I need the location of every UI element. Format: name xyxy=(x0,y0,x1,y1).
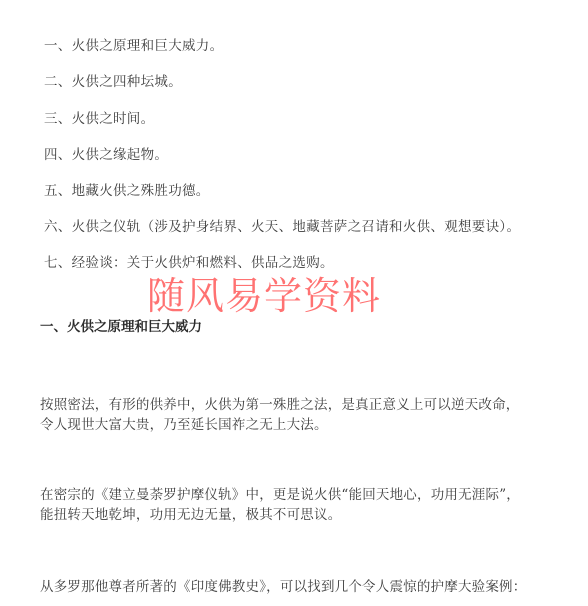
toc-item-2: 二、火供之四种坛城。 xyxy=(44,73,182,91)
paragraph-3: 从多罗那他尊者所著的《印度佛教史》，可以找到几个令人震惊的护摩大验案例： xyxy=(40,577,560,597)
paragraph-2-line-2: 能扭转天地乾坤，功用无边无量，极其不可思议。 xyxy=(40,505,560,525)
section-heading: 一、火供之原理和巨大威力 xyxy=(40,318,202,336)
paragraph-2: 在密宗的《建立曼荼罗护摩仪轨》中，更是说火供“能回天地心，功用无涯际”， 能扭转… xyxy=(40,485,560,525)
paragraph-1-line-2: 令人现世大富大贵，乃至延长国祚之无上大法。 xyxy=(40,415,560,435)
toc-item-3: 三、火供之时间。 xyxy=(44,110,154,128)
paragraph-1: 按照密法，有形的供养中，火供为第一殊胜之法，是真正意义上可以逆天改命， 令人现世… xyxy=(40,395,560,435)
paragraph-1-line-1: 按照密法，有形的供养中，火供为第一殊胜之法，是真正意义上可以逆天改命， xyxy=(40,395,560,415)
paragraph-3-line-1: 从多罗那他尊者所著的《印度佛教史》，可以找到几个令人震惊的护摩大验案例： xyxy=(40,577,560,597)
toc-item-4: 四、火供之缘起物。 xyxy=(44,146,168,164)
document-page: 一、火供之原理和巨大威力。 二、火供之四种坛城。 三、火供之时间。 四、火供之缘… xyxy=(0,0,588,606)
toc-item-5: 五、地藏火供之殊胜功德。 xyxy=(44,182,210,200)
toc-item-1: 一、火供之原理和巨大威力。 xyxy=(44,37,223,55)
toc-item-6: 六、火供之仪轨（涉及护身结界、火天、地藏菩萨之召请和火供、观想要诀）。 xyxy=(44,218,520,236)
paragraph-2-line-1: 在密宗的《建立曼荼罗护摩仪轨》中，更是说火供“能回天地心，功用无涯际”， xyxy=(40,485,560,505)
toc-item-7: 七、经验谈：关于火供炉和燃料、供品之选购。 xyxy=(44,254,334,272)
watermark-text: 随风易学资料 xyxy=(147,274,381,318)
